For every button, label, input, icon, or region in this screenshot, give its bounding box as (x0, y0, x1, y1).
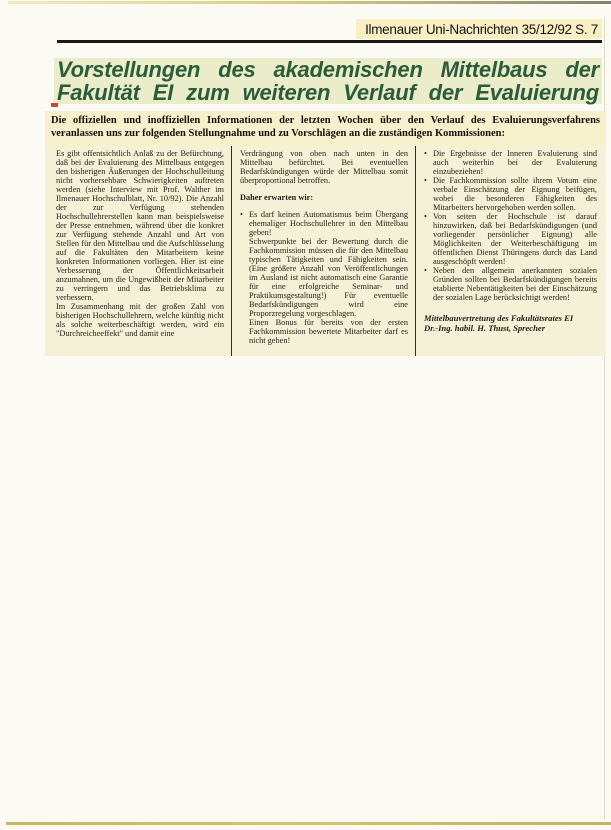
body-paragraph: Es gibt offentsichtlich Anlaß zu der Bef… (56, 149, 224, 302)
signature-organization: Mittelbauvertretung des Fakultätsrates E… (424, 313, 573, 323)
section-subhead: Daher erwarten wir: (240, 193, 408, 202)
bullet-item: • Die Ergebnisse der Inneren Evaluierung… (424, 149, 597, 176)
article-column-1: Es gibt offentsichtlich Anlaß zu der Bef… (45, 146, 232, 356)
body-paragraph: Verdrängung von oben nach unten in den M… (240, 149, 408, 185)
scan-top-edge-line (8, 1, 611, 4)
article-title-line-2: Fakultät EI zum weiteren Verlauf der Eva… (54, 81, 602, 104)
bullet-icon: • (424, 212, 427, 221)
masthead-rule (57, 40, 602, 43)
scanned-newsletter-page: Ilmenauer Uni-Nachrichten 35/12/92 S. 7 … (0, 0, 611, 830)
bullet-text: Neben den allgemein anerkannten sozialen… (433, 266, 597, 302)
bullet-text: Von seiten der Hochschule ist darauf hin… (433, 212, 597, 266)
masthead-highlight-box: Ilmenauer Uni-Nachrichten 35/12/92 S. 7 (356, 19, 602, 39)
article-title-line-1: Vorstellungen des akademischen Mittelbau… (54, 58, 602, 81)
bullet-icon: • (424, 149, 427, 158)
bullet-icon: • (424, 176, 427, 185)
bullet-icon: • (424, 266, 427, 275)
lead-highlight-box: Die offiziellen und inoffiziellen Inform… (45, 111, 606, 146)
bullet-continuation: Schwerpunkte bei der Bewertung durch die… (240, 237, 408, 318)
bullet-text: Die Ergebnisse der Inneren Evaluierung s… (433, 149, 597, 176)
bullet-text: Es darf keinen Automatismus beim Übergan… (249, 210, 408, 237)
scan-red-mark (51, 103, 58, 107)
bullet-item: • Die Fachkommission sollte ihrem Votum … (424, 176, 597, 212)
bullet-item: • Es darf keinen Automatismus beim Überg… (240, 210, 408, 237)
body-paragraph: Im Zusammenhang mit der großen Zahl von … (56, 302, 224, 338)
bullet-item: • Neben den allgemein anerkannten sozial… (424, 266, 597, 302)
masthead-text: Ilmenauer Uni-Nachrichten 35/12/92 S. 7 (365, 22, 598, 37)
article-body: Es gibt offentsichtlich Anlaß zu der Bef… (45, 146, 606, 356)
bullet-continuation: Einen Bonus für bereits von der ersten F… (240, 318, 408, 345)
article-title: Vorstellungen des akademischen Mittelbau… (54, 58, 602, 104)
bullet-icon: • (240, 210, 243, 219)
bullet-item: • Von seiten der Hochschule ist darauf h… (424, 212, 597, 266)
article-column-3: • Die Ergebnisse der Inneren Evaluierung… (416, 146, 606, 356)
scan-bottom-edge-line (6, 822, 611, 825)
article-column-2: Verdrängung von oben nach unten in den M… (232, 146, 416, 356)
lead-paragraph: Die offiziellen und inoffiziellen Inform… (51, 114, 600, 140)
signature-block: Mittelbauvertretung des Fakultätsrates E… (424, 313, 597, 333)
bullet-text: Die Fachkommission sollte ihrem Votum ei… (433, 176, 597, 212)
signature-person: Dr.-Ing. habil. H. Thust, Sprecher (424, 323, 545, 333)
